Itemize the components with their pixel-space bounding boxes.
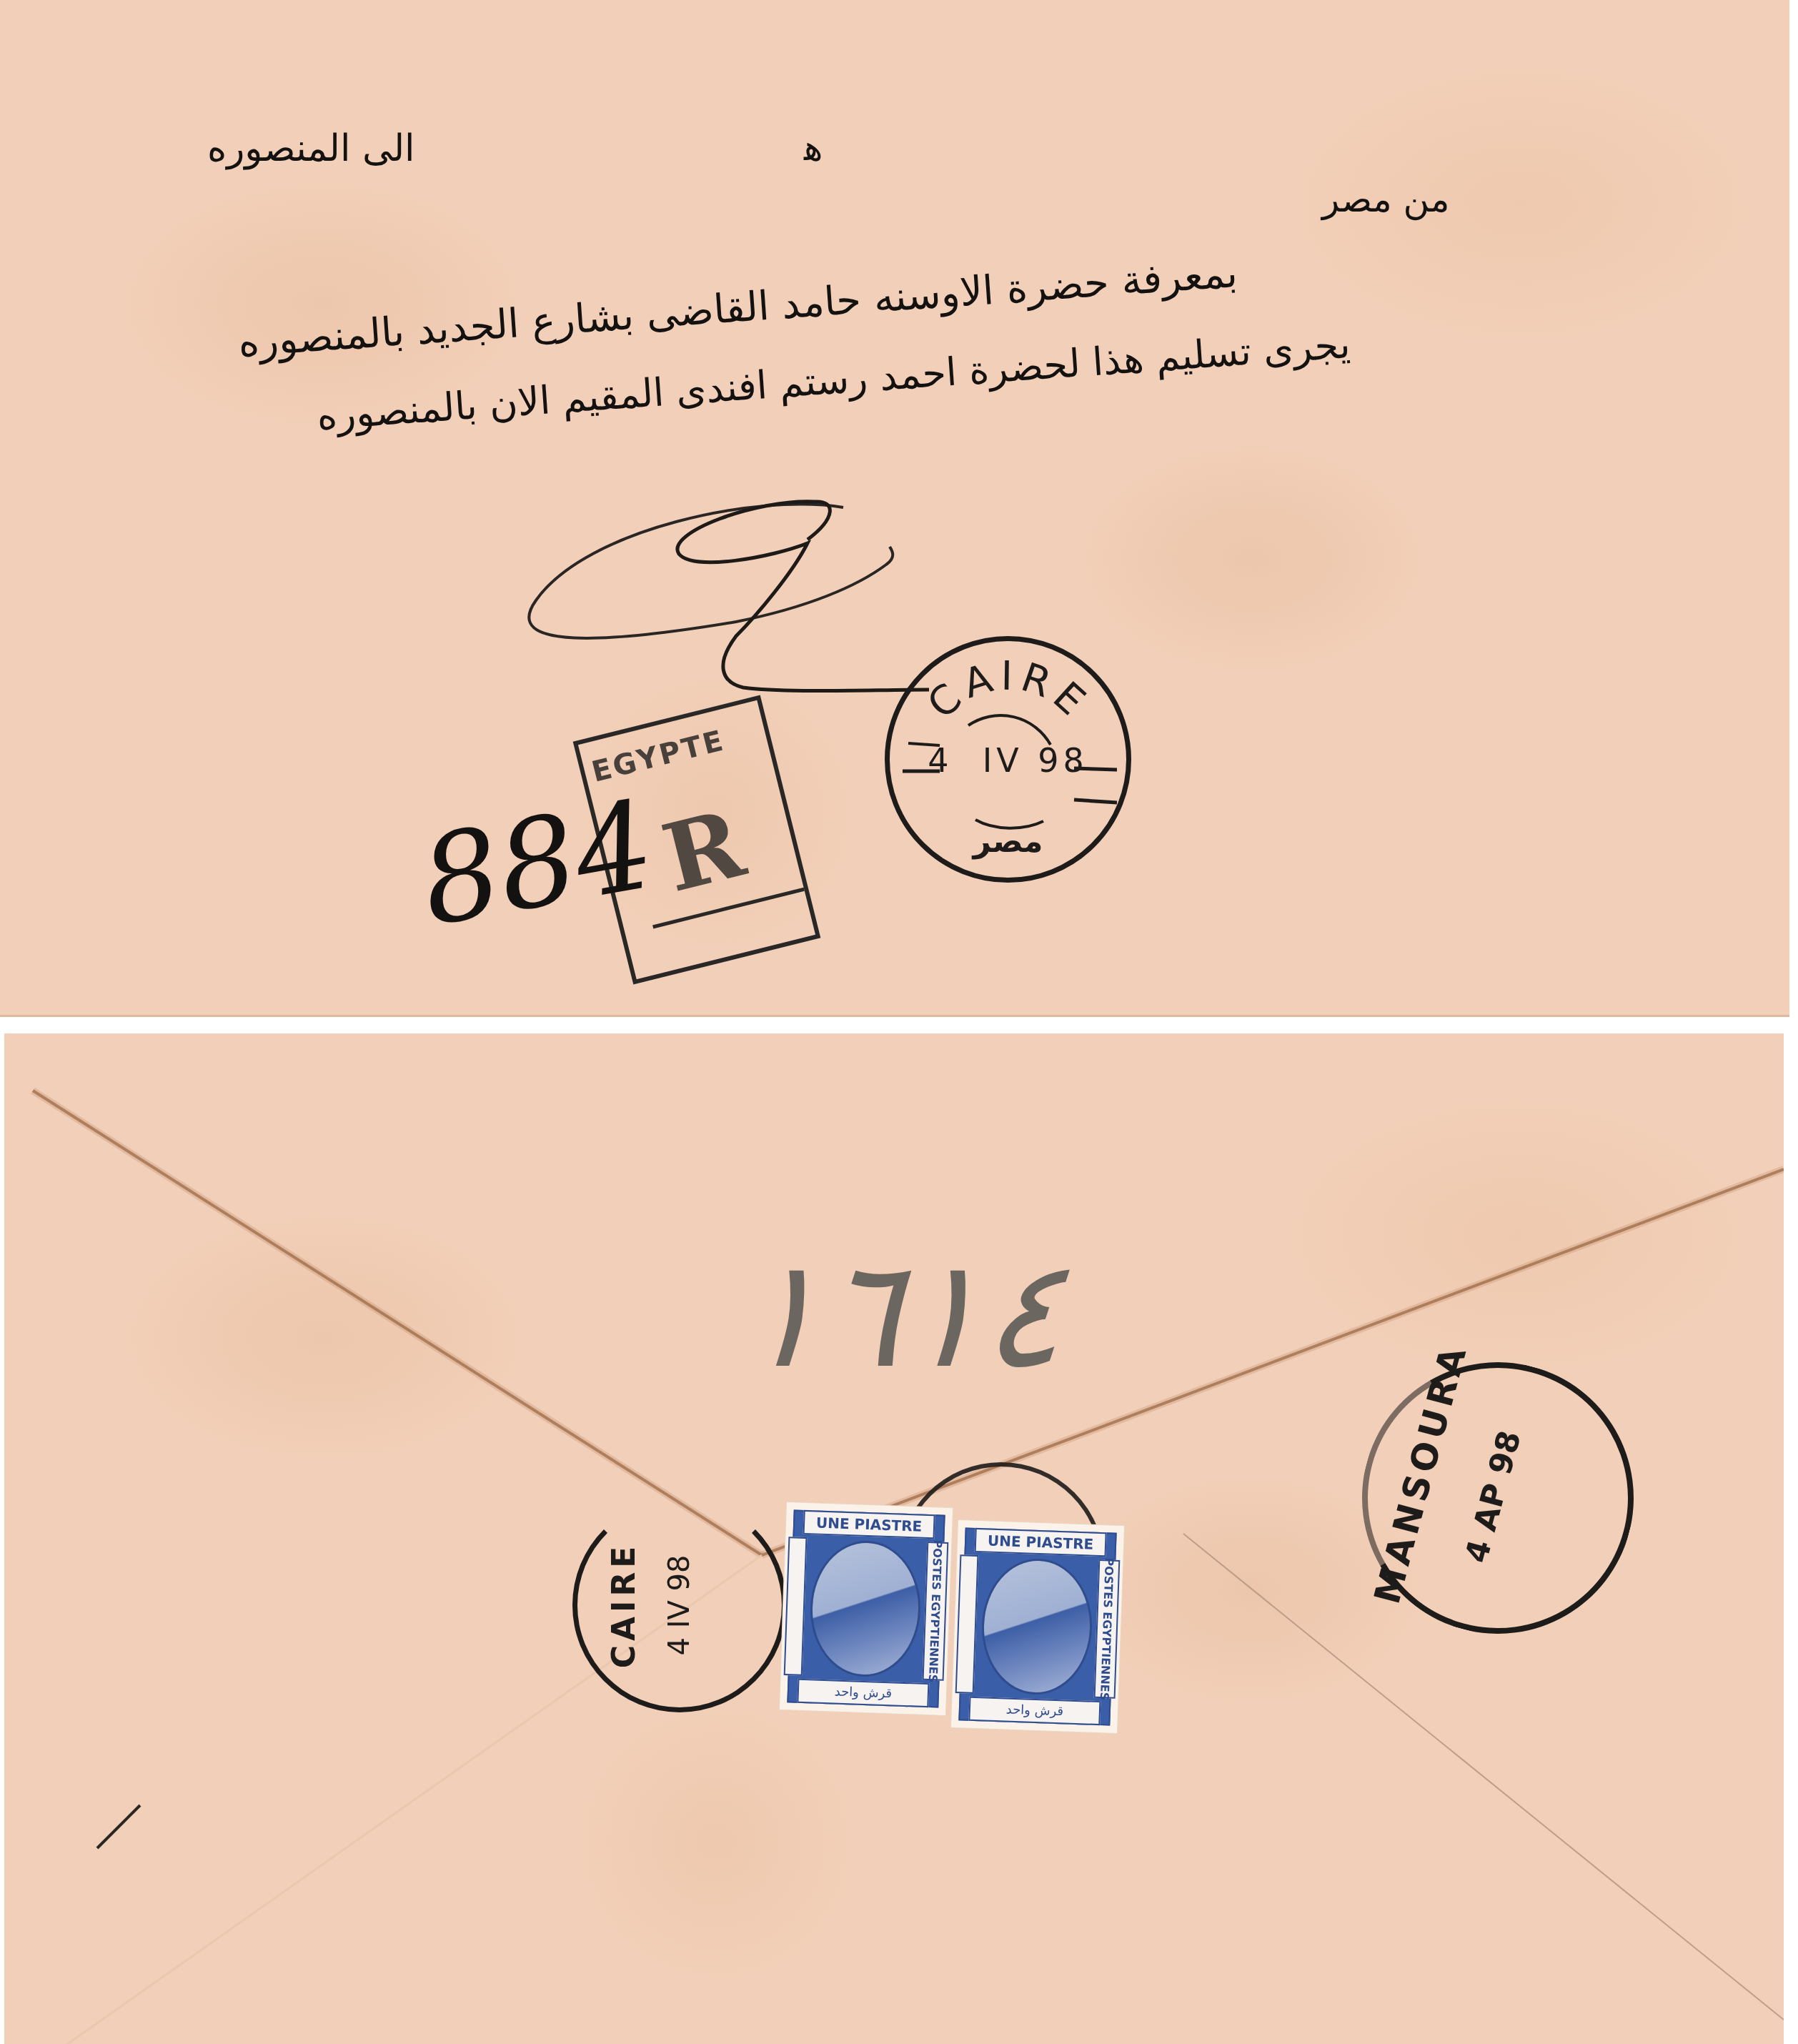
stamp-1: UNE PIASTRE POSTES EGYPTIENNES قرش واحد	[780, 1502, 953, 1715]
registration-letter: R	[652, 788, 754, 913]
destination-text: الى المنصوره	[207, 127, 415, 170]
caire-postmark: CAIRE 4 IV 98 مصر	[885, 636, 1131, 883]
cairo-backstamp: CAIRE 4 IV 98	[572, 1498, 787, 1712]
pencil-number: ١٦١٤	[726, 1226, 1106, 1401]
stamp-2: UNE PIASTRE POSTES EGYPTIENNES قرش واحد	[951, 1520, 1124, 1733]
postmark-day: 4	[928, 741, 953, 780]
postmark-year: 98	[1038, 741, 1088, 780]
corner-mark: ﻫ	[804, 127, 823, 169]
postmark-month: IV	[983, 741, 1023, 780]
envelope-front: الى المنصوره ﻫ من مصر بمعرفة حضرة الاوسن…	[0, 0, 1789, 1017]
origin-text: من مصر	[1322, 179, 1449, 220]
envelope-back: ١٦١٤ CAIRE 4 IV 98 UNE PIASTRE POSTES EG…	[4, 1033, 1784, 2044]
signature-flourish	[500, 486, 943, 700]
postmark-arabic-city: مصر	[890, 823, 1126, 860]
